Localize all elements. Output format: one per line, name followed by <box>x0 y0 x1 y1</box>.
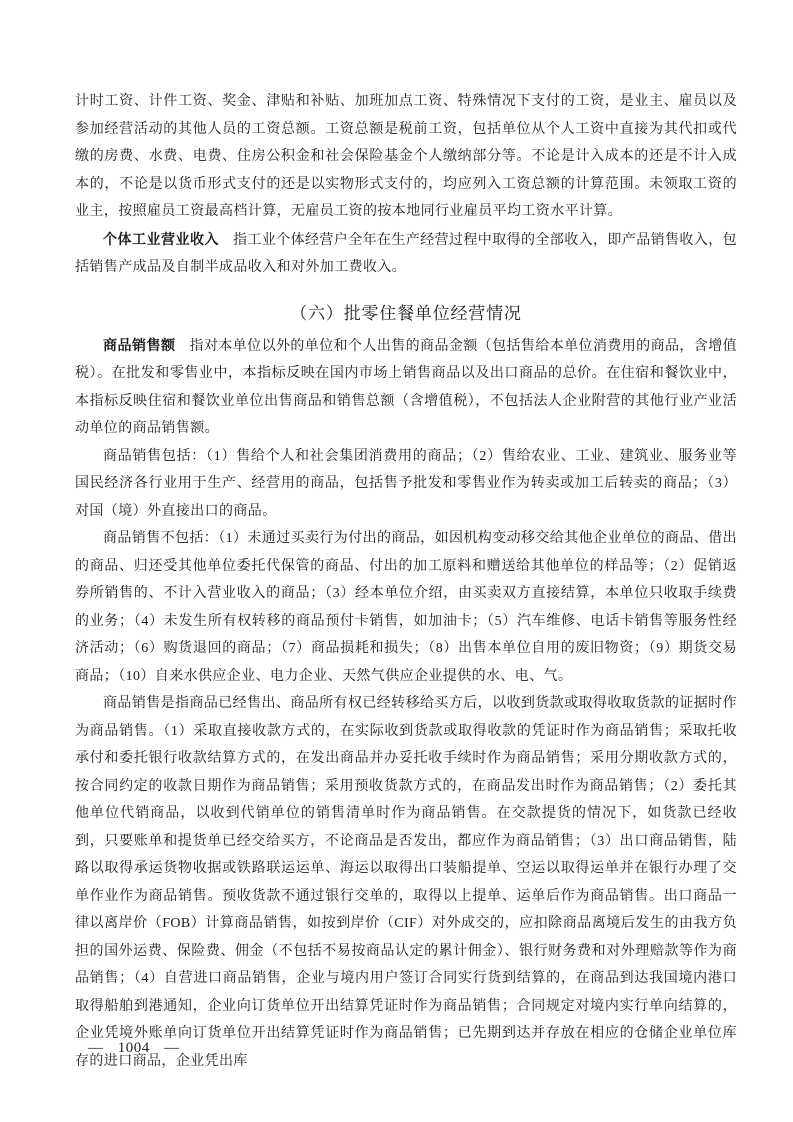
text-column: 计时工资、计件工资、奖金、津贴和补贴、加班加点工资、特殊情况下支付的工资，是业主… <box>75 88 737 1075</box>
paragraph-goods-sales-amount: 商品销售额指对本单位以外的单位和个人出售的商品金额（包括售给本单位消费用的商品，… <box>75 332 737 443</box>
paragraph-goods-sales-excludes: 商品销售不包括：（1）未通过买卖行为付出的商品，如因机构变动移交给其他企业单位的… <box>75 525 737 690</box>
paragraph-wages-continuation: 计时工资、计件工资、奖金、津贴和补贴、加班加点工资、特殊情况下支付的工资，是业主… <box>75 88 737 226</box>
page-footer: — 1004 — <box>88 1040 180 1057</box>
document-page: 计时工资、计件工资、奖金、津贴和补贴、加班加点工资、特殊情况下支付的工资，是业主… <box>0 0 793 1122</box>
paragraph-goods-sales-includes: 商品销售包括：（1）售给个人和社会集团消费用的商品；（2）售给农业、工业、建筑业… <box>75 443 737 526</box>
page-number: — 1004 — <box>88 1040 180 1056</box>
term-individual-industry-revenue: 个体工业营业收入 <box>103 231 219 247</box>
paragraph-individual-industry-revenue: 个体工业营业收入指工业个体经营户全年在生产经营过程中取得的全部收入，即产品销售收… <box>75 226 737 282</box>
definition-goods-sales-amount: 指对本单位以外的单位和个人出售的商品金额（包括售给本单位消费用的商品，含增值税）… <box>75 339 737 437</box>
term-goods-sales-amount: 商品销售额 <box>103 337 176 353</box>
paragraph-goods-sales-recognition: 商品销售是指商品已经售出、商品所有权已经转移给买方后，以收到货款或取得收取货款的… <box>75 690 737 1075</box>
section-heading-wholesale-retail: （六）批零住餐单位经营情况 <box>75 299 737 328</box>
